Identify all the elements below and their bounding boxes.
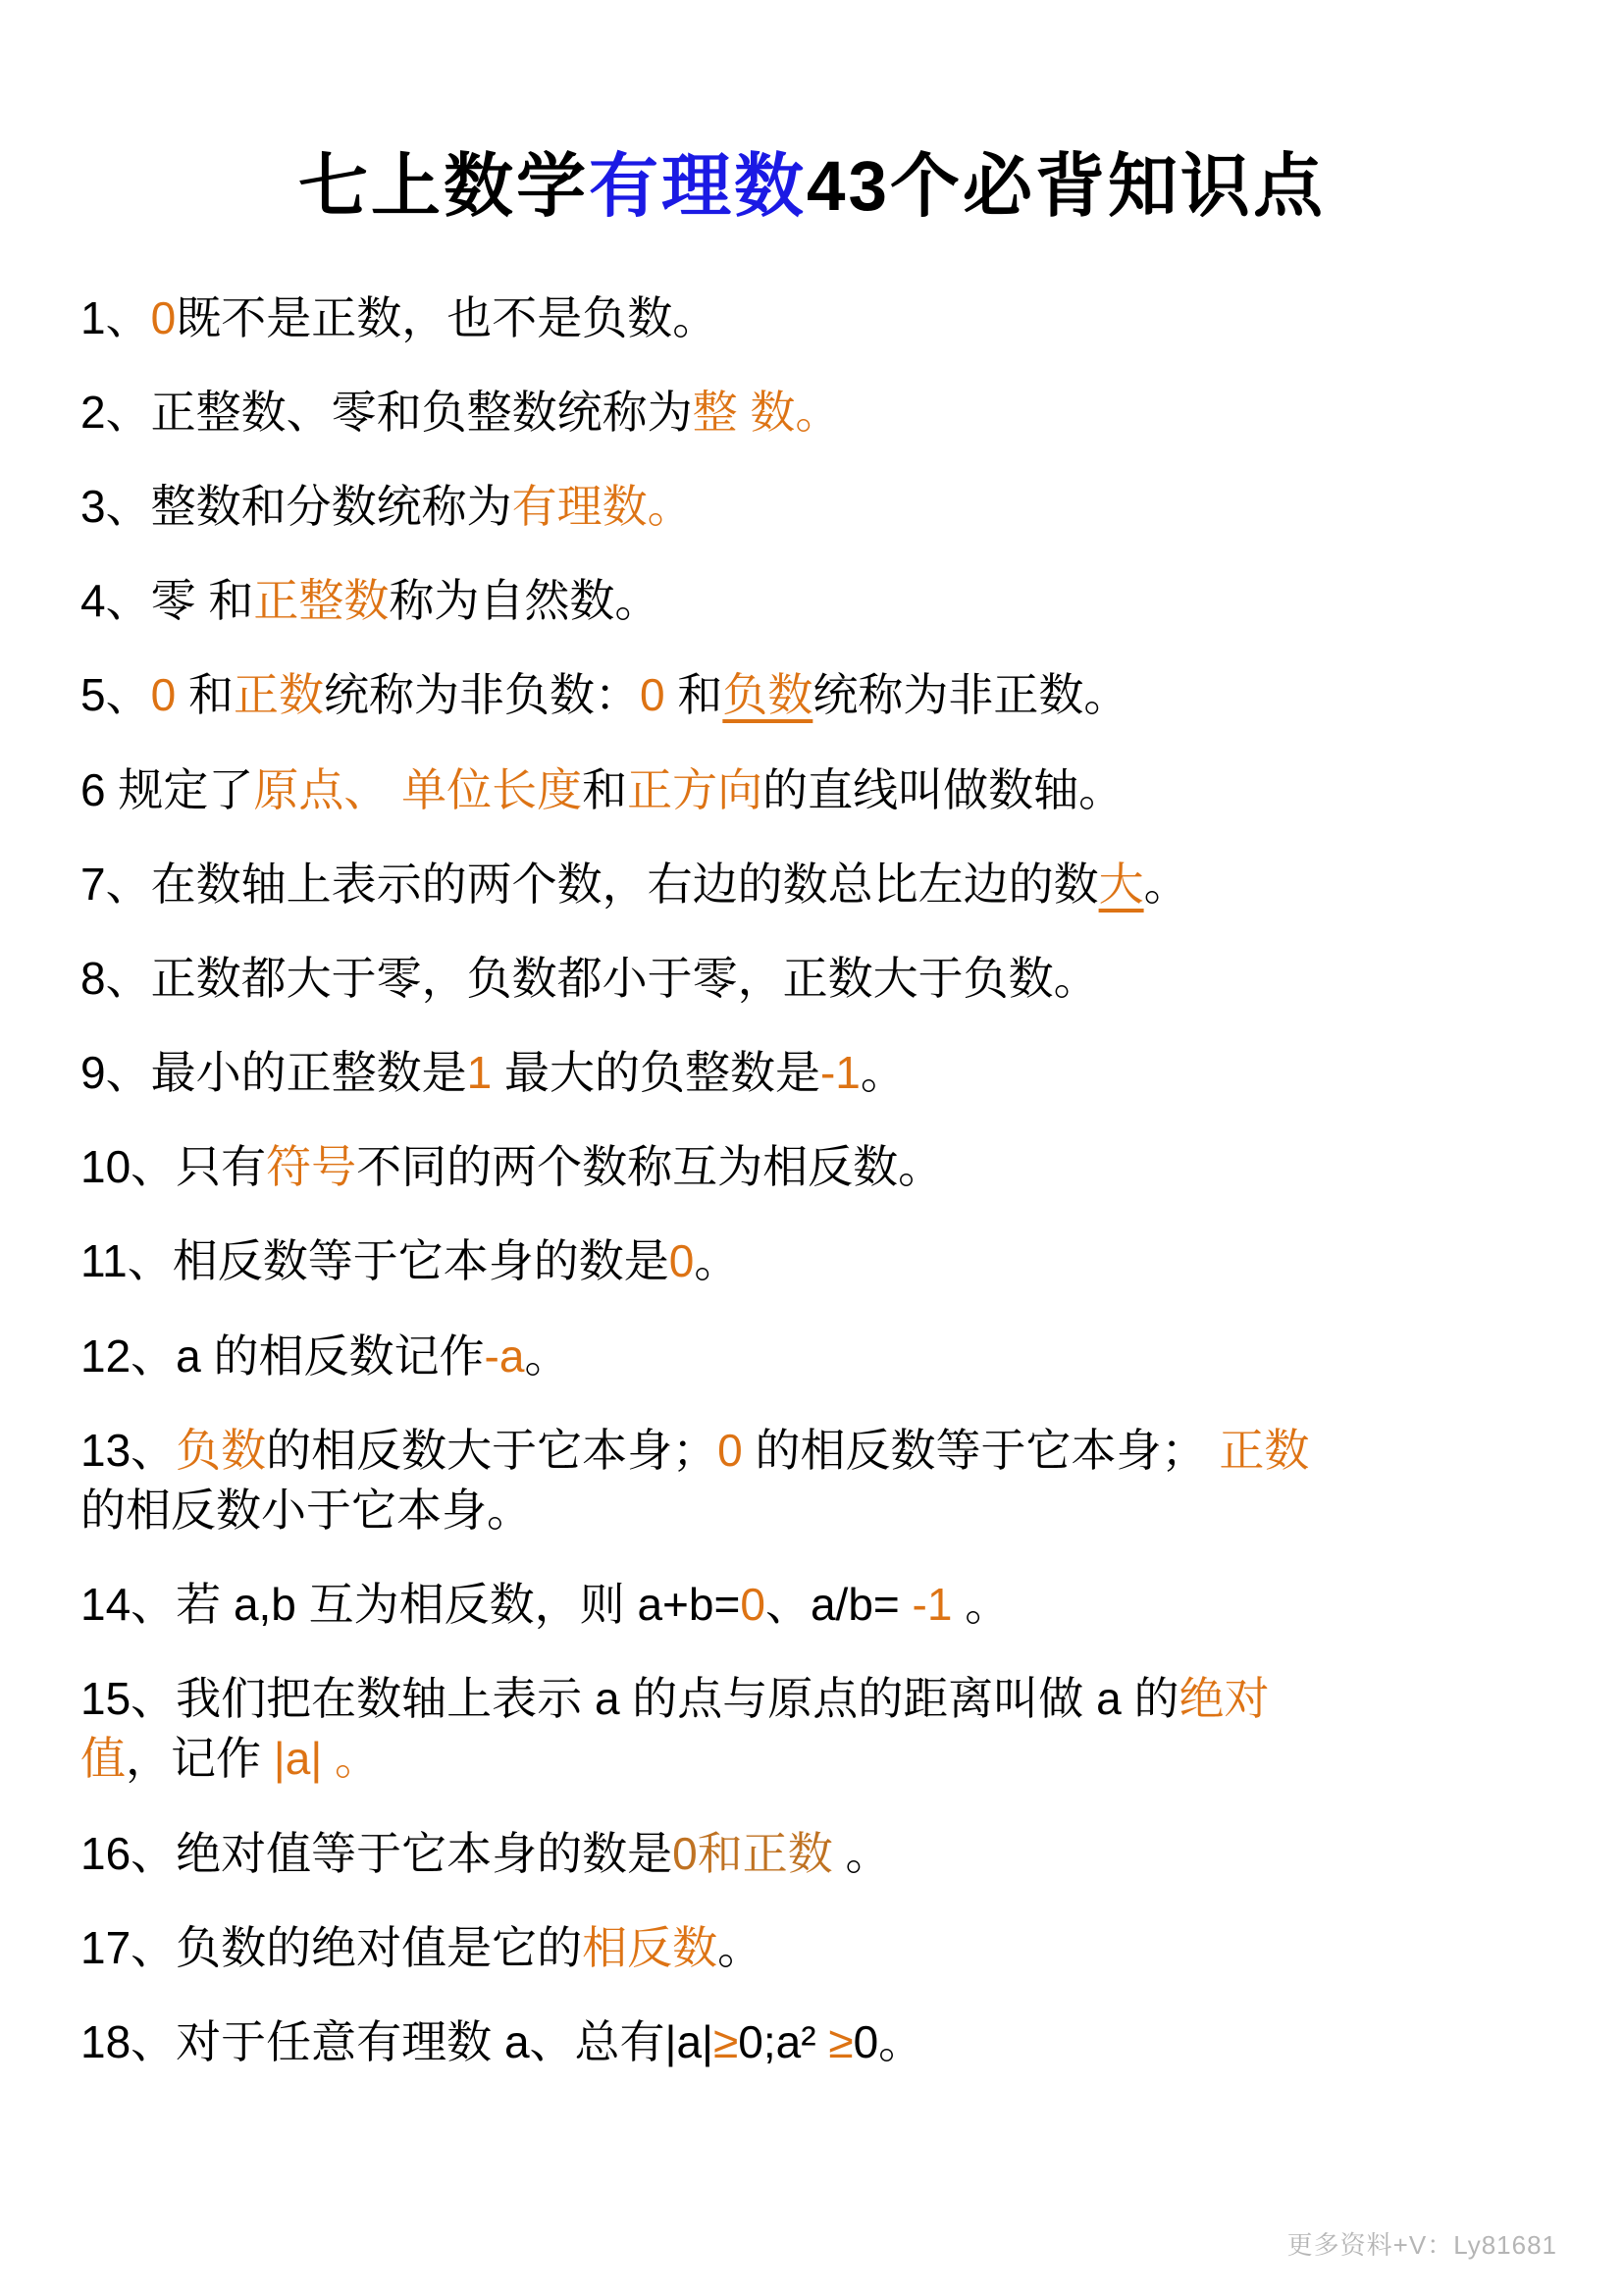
text-segment: 17、负数的绝对值是它的: [80, 1922, 582, 1973]
highlight-segment: 正方向: [627, 764, 762, 815]
text-segment: 11、相反数等于它本身的数是: [80, 1235, 669, 1286]
highlight-segment: -1: [913, 1579, 953, 1630]
list-item: 17、负数的绝对值是它的相反数。: [80, 1918, 1547, 1978]
text-segment: 称为自然数。: [389, 575, 659, 626]
list-item: 13、负数的相反数大于它本身；0 的相反数等于它本身； 正数 的相反数小于它本身…: [80, 1421, 1547, 1540]
highlight-segment: 0: [640, 669, 665, 720]
highlight-segment: 。: [335, 1733, 380, 1784]
highlight-segment: 大: [1099, 859, 1144, 910]
text-segment: 5、: [80, 669, 151, 720]
highlight-segment: 有理数。: [512, 481, 693, 532]
text-segment: 和: [582, 764, 627, 815]
list-item: 18、对于任意有理数 a、总有|a|≥0;a² ≥0。: [80, 2012, 1547, 2072]
list-item: 12、a 的相反数记作-a。: [80, 1327, 1547, 1386]
text-segment: 。: [1144, 859, 1189, 910]
page-title: 七上数学有理数43个必背知识点: [0, 0, 1624, 228]
highlight-segment: 0: [151, 669, 177, 720]
list-item: 9、最小的正整数是1 最大的负整数是-1。: [80, 1043, 1547, 1103]
highlight-segment: -1: [820, 1047, 861, 1098]
text-segment: 的直线叫做数轴。: [762, 764, 1124, 815]
highlight-segment: 原点、: [253, 764, 389, 815]
knowledge-points-list: 1、0既不是正数，也不是负数。2、正整数、零和负整数统称为整 数。3、整数和分数…: [0, 228, 1624, 2072]
highlight-segment: 符号: [266, 1141, 356, 1192]
text-segment: 14、若 a,b 互为相反数，则 a+b=: [80, 1579, 740, 1630]
list-item: 4、零 和正整数称为自然数。: [80, 571, 1547, 631]
list-item: 16、绝对值等于它本身的数是0和正数 。: [80, 1824, 1547, 1884]
text-segment: 统称为非正数。: [812, 669, 1128, 720]
text-segment: 。: [952, 1579, 1010, 1630]
text-segment: 不同的两个数称互为相反数。: [356, 1141, 943, 1192]
text-segment: 4、零 和: [80, 575, 253, 626]
text-segment: ，记作: [126, 1733, 274, 1784]
list-item: 3、整数和分数统称为有理数。: [80, 477, 1547, 537]
list-item: 10、只有符号不同的两个数称互为相反数。: [80, 1137, 1547, 1197]
text-segment: 3、整数和分数统称为: [80, 481, 512, 532]
highlight-segment: |a|: [274, 1733, 322, 1784]
text-segment: 。: [694, 1235, 739, 1286]
highlight-segment: 整 数。: [693, 387, 841, 438]
text-segment: 6 规定了: [80, 764, 253, 815]
list-item: 2、正整数、零和负整数统称为整 数。: [80, 383, 1547, 443]
text-segment: 和: [665, 669, 723, 720]
highlight-segment: 有理数: [589, 148, 807, 226]
text-segment: 和: [176, 669, 234, 720]
text-segment: 。: [524, 1330, 569, 1382]
text-segment: 的相反数小于它本身。: [80, 1485, 532, 1536]
text-segment: 的相反数大于它本身；: [266, 1425, 717, 1476]
text-segment: 七上数学: [298, 148, 589, 226]
highlight-segment: 负数: [722, 669, 812, 720]
list-item: 7、在数轴上表示的两个数，右边的数总比左边的数大。: [80, 855, 1547, 914]
text-segment: 的相反数等于它本身；: [743, 1425, 1220, 1476]
text-segment: 8、正数都大于零，负数都小于零，正数大于负数。: [80, 953, 1099, 1004]
list-item: 5、0 和正数统称为非负数：0 和负数统称为非正数。: [80, 665, 1547, 725]
highlight-segment: 正数: [1219, 1425, 1309, 1476]
highlight-segment: 0: [669, 1235, 695, 1286]
text-segment: 1、: [80, 292, 151, 343]
highlight-segment: 绝对: [1179, 1673, 1269, 1724]
text-segment: 12、a 的相反数记作: [80, 1330, 485, 1382]
highlight-segment: 1: [467, 1047, 493, 1098]
list-item: 8、正数都大于零，负数都小于零，正数大于负数。: [80, 949, 1547, 1009]
text-segment: 0;a²: [738, 2016, 828, 2067]
text-segment: 18、对于任意有理数 a、总有|a|: [80, 2016, 713, 2067]
list-item: 14、若 a,b 互为相反数，则 a+b=0、a/b= -1 。: [80, 1575, 1547, 1635]
list-item: 11、相反数等于它本身的数是0。: [80, 1231, 1547, 1291]
list-item: 15、我们把在数轴上表示 a 的点与原点的距离叫做 a 的绝对 值，记作 |a|…: [80, 1669, 1547, 1789]
text-segment: 既不是正数，也不是负数。: [176, 292, 717, 343]
highlight-segment: 0: [740, 1579, 765, 1630]
highlight-segment: 值: [80, 1733, 126, 1784]
highlight-segment: 负数: [176, 1425, 266, 1476]
list-item: 6 规定了原点、 单位长度和正方向的直线叫做数轴。: [80, 760, 1547, 820]
highlight-segment: 单位长度: [401, 764, 582, 815]
text-segment: 2、正整数、零和负整数统称为: [80, 387, 693, 438]
text-segment: 9、最小的正整数是: [80, 1047, 467, 1098]
document-page: 七上数学有理数43个必背知识点 1、0既不是正数，也不是负数。2、正整数、零和负…: [0, 0, 1624, 2295]
text-segment: 43个必背知识点: [807, 148, 1326, 226]
text-segment: 。: [717, 1922, 762, 1973]
highlight-segment: ≥: [713, 2016, 738, 2067]
highlight-segment: 正整数: [253, 575, 389, 626]
highlight-segment: ≥: [828, 2016, 853, 2067]
highlight-segment: 0: [151, 292, 177, 343]
highlight-segment: 相反数: [582, 1922, 717, 1973]
highlight-segment: 0和正数: [672, 1828, 833, 1879]
list-item: 1、0既不是正数，也不是负数。: [80, 288, 1547, 348]
text-segment: [389, 764, 401, 815]
highlight-segment: -a: [485, 1330, 525, 1382]
text-segment: 10、只有: [80, 1141, 266, 1192]
text-segment: 15、我们把在数轴上表示 a 的点与原点的距离叫做 a 的: [80, 1673, 1179, 1724]
text-segment: 13、: [80, 1425, 176, 1476]
text-segment: 。: [861, 1047, 906, 1098]
watermark: 更多资料+V：Ly81681: [1287, 2225, 1557, 2262]
text-segment: 统称为非负数：: [324, 669, 640, 720]
text-segment: 7、在数轴上表示的两个数，右边的数总比左边的数: [80, 859, 1099, 910]
text-segment: 0。: [854, 2016, 924, 2067]
highlight-segment: 0: [717, 1425, 743, 1476]
text-segment: 、a/b=: [765, 1579, 913, 1630]
highlight-segment: 正数: [234, 669, 324, 720]
text-segment: 最大的负整数是: [492, 1047, 820, 1098]
text-segment: 。: [833, 1828, 891, 1879]
text-segment: [322, 1733, 335, 1784]
text-segment: 16、绝对值等于它本身的数是: [80, 1828, 672, 1879]
